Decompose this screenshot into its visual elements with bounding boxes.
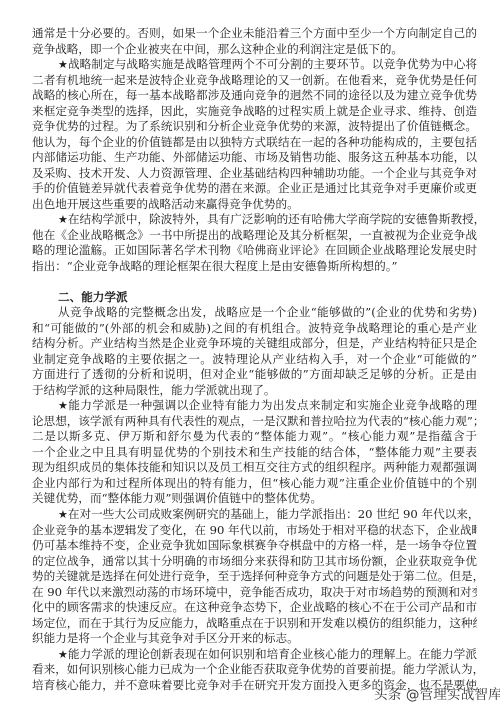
text-line: 及采购、技术开发、人力资源管理、企业基础结构四种辅助功能。一个企业与其竞争对 bbox=[32, 166, 477, 182]
text-line: 通常是十分必要的。否则，如果一个企业未能沿着三个方面中至少一个方向制定自己的 bbox=[32, 26, 477, 42]
text-line: 竞争战略，即一个企业被夹在中间，那么这种企业的利润注定是低下的。 bbox=[32, 42, 477, 58]
text-line: 化中的顾客需求的快速反应。在这种竞争态势下，企业战略的核心不在于公司产品和市 bbox=[32, 600, 477, 616]
text-line: 场定位，而在于其行为反应能力，战略重点在于识别和开发难以模仿的组织能力，这种组 bbox=[32, 616, 477, 632]
text-line-content: 在对一些大公司成败案例研究的基础上，能力学派指出：20 世纪 90 年代以来， bbox=[68, 507, 477, 521]
text-line: 结构分析。产业结构当然是企业竞争环境的关键组成部分，但是，产业结构特征只是企 bbox=[32, 336, 477, 352]
text-line: 出色地开展这些重要的战略活动来赢得竞争优势的。 bbox=[32, 197, 477, 213]
text-line: 在 90 年代以来激烈动荡的市场环境中，竞争能否成功，取决于对市场趋势的预测和对… bbox=[32, 585, 477, 601]
paragraph-core-vs-whole-capability: ★能力学派是一种强调以企业特有能力为出发点来制定和实施企业竞争战略的理 论思想，… bbox=[32, 398, 477, 507]
text-line-content: 在结构学派中，除波特外，具有广泛影响的还有哈佛大学商学院的安德鲁斯教授， bbox=[68, 212, 477, 226]
document-page: 通常是十分必要的。否则，如果一个企业未能沿着三个方面中至少一个方向制定自己的 竞… bbox=[32, 26, 477, 693]
text-line: 业制定竞争战略的主要依据之一。波特理论从产业结构入手，对一个企业“可能做的” bbox=[32, 352, 477, 368]
star-bullet-icon: ★ bbox=[58, 648, 68, 661]
text-line: 二者有机地统一起来是波特企业竞争战略理论的又一创新。在他看来，竞争优势是任何 bbox=[32, 73, 477, 89]
text-line: 论思想，该学派有两种具有代表性的观点，一是汉默和普拉哈拉为代表的“核心能力观”； bbox=[32, 414, 477, 430]
star-bullet-icon: ★ bbox=[58, 508, 68, 521]
paragraph-case-studies: ★在对一些大公司成败案例研究的基础上，能力学派指出：20 世纪 90 年代以来，… bbox=[32, 507, 477, 647]
text-line-content: 能力学派的理论创新表现在如何识别和培育企业核心能力的理解上。在能力学派 bbox=[68, 647, 477, 661]
text-line: 指出：“企业竞争战略的理论框架在很大程度上是由安德鲁斯所构想的。” bbox=[32, 259, 477, 275]
star-bullet-icon: ★ bbox=[58, 399, 68, 412]
text-line: 来框定竞争类型的选择，因此，实施竞争战略的过程实质上就是企业寻求、维持、创造 bbox=[32, 104, 477, 120]
star-bullet-icon: ★ bbox=[58, 213, 68, 226]
text-line: 织能力是将一个企业与其竞争对手区分开来的标志。 bbox=[32, 631, 477, 647]
text-line: 和“可能做的”(外部的机会和威胁)之间的有机组合。波特竞争战略理论的重心是产业 bbox=[32, 321, 477, 337]
paragraph-capability-intro: 从竞争战略的完整概念出发，战略应是一个企业“能够做的”(企业的优势和劣势) 和“… bbox=[32, 305, 477, 398]
text-line: 战略的核心所在，每一基本战略都涉及通向竞争的迥然不同的途径以及为建立竞争优势 bbox=[32, 88, 477, 104]
text-line-first: ★能力学派是一种强调以企业特有能力为出发点来制定和实施企业竞争战略的理 bbox=[32, 398, 477, 414]
text-line: 竞争优势的过程。为了系统识别和分析企业竞争优势的来源，波特提出了价值链概念。 bbox=[32, 119, 477, 135]
text-line: 略的理论滥觞。正如国际著名学术刊物《哈佛商业评论》在回顾企业战略理论发展史时 bbox=[32, 243, 477, 259]
watermark: 头条 @管理实战智库 bbox=[374, 683, 500, 703]
star-bullet-icon: ★ bbox=[58, 58, 68, 71]
text-line: 他在《企业战略概念》一书中所提出的战略理论及其分析框架，一直被视为企业竞争战 bbox=[32, 228, 477, 244]
text-line-first: ★战略制定与战略实施是战略管理两个不可分割的主要环节。以竞争优势为中心将 bbox=[32, 57, 477, 73]
text-line-first: 从竞争战略的完整概念出发，战略应是一个企业“能够做的”(企业的优势和劣势) bbox=[32, 305, 477, 321]
text-line: 二是以斯多克、伊万斯和舒尔曼为代表的“整体能力观”。“核心能力观”是指蕴含于 bbox=[32, 429, 477, 445]
text-line: 内部储运功能、生产功能、外部储运功能、市场及销售功能、服务这五种基本功能，以 bbox=[32, 150, 477, 166]
text-line: 关键优势，而“整体能力观”则强调价值链中的整体优势。 bbox=[32, 491, 477, 507]
text-line-content: 战略制定与战略实施是战略管理两个不可分割的主要环节。以竞争优势为中心将 bbox=[68, 57, 477, 71]
text-line: 仍可基本维持不变，企业竞争犹如国际象棋赛争夺棋盘中的方格一样，是一场争夺位置 bbox=[32, 538, 477, 554]
paragraph-competitive-advantage: ★战略制定与战略实施是战略管理两个不可分割的主要环节。以竞争优势为中心将 二者有… bbox=[32, 57, 477, 212]
text-line: 于结构学派的这种局限性，能力学派就出现了。 bbox=[32, 383, 477, 399]
paragraph-continuation: 通常是十分必要的。否则，如果一个企业未能沿着三个方面中至少一个方向制定自己的 竞… bbox=[32, 26, 477, 57]
paragraph-structural-school: ★在结构学派中，除波特外，具有广泛影响的还有哈佛大学商学院的安德鲁斯教授， 他在… bbox=[32, 212, 477, 274]
text-line: 一个企业之中且具有明显优势的个别技术和生产技能的结合体，“整体能力观”主要表 bbox=[32, 445, 477, 461]
section-heading: 二、能力学派 bbox=[32, 290, 477, 306]
text-line-first: ★能力学派的理论创新表现在如何识别和培育企业核心能力的理解上。在能力学派 bbox=[32, 647, 477, 663]
text-line: 企业内部行为和过程所体现出的特有能力，但“核心能力观”注重企业价值链中的个别 bbox=[32, 476, 477, 492]
text-line: 的定位战争，通常以其十分明确的市场细分来获得和防卫其市场份额，企业获取竞争优 bbox=[32, 554, 477, 570]
text-line: 现为组织成员的集体技能和知识以及员工相互交往方式的组织程序。两种能力观都强调 bbox=[32, 460, 477, 476]
text-line-content: 能力学派是一种强调以企业特有能力为出发点来制定和实施企业竞争战略的理 bbox=[68, 398, 477, 412]
text-line: 势的关键就是选择在何处进行竞争，至于选择何种竞争方式的问题是处于第二位。但是， bbox=[32, 569, 477, 585]
text-line: 企业竞争的基本逻辑发了变化，在 90 年代以前，市场处于相对平稳的状态下，企业战… bbox=[32, 523, 477, 539]
blank-line bbox=[32, 274, 477, 290]
text-line: 他认为，每个企业的价值链都是由以独特方式联结在一起的各种功能构成的，主要包括 bbox=[32, 135, 477, 151]
text-line-first: ★在结构学派中，除波特外，具有广泛影响的还有哈佛大学商学院的安德鲁斯教授， bbox=[32, 212, 477, 228]
text-line-first: ★在对一些大公司成败案例研究的基础上，能力学派指出：20 世纪 90 年代以来， bbox=[32, 507, 477, 523]
text-line: 手的价值链差异就代表着竞争优势的潜在来源。企业正是通过比其竞争对手更廉价或更 bbox=[32, 181, 477, 197]
text-line: 看来，如何识别核心能力已成为一个企业能否获取竞争优势的首要前提。能力学派认为， bbox=[32, 662, 477, 678]
text-line: 方面进行了透彻的分析和说明，但对企业“能够做的”方面却缺乏足够的分析。正是由 bbox=[32, 367, 477, 383]
